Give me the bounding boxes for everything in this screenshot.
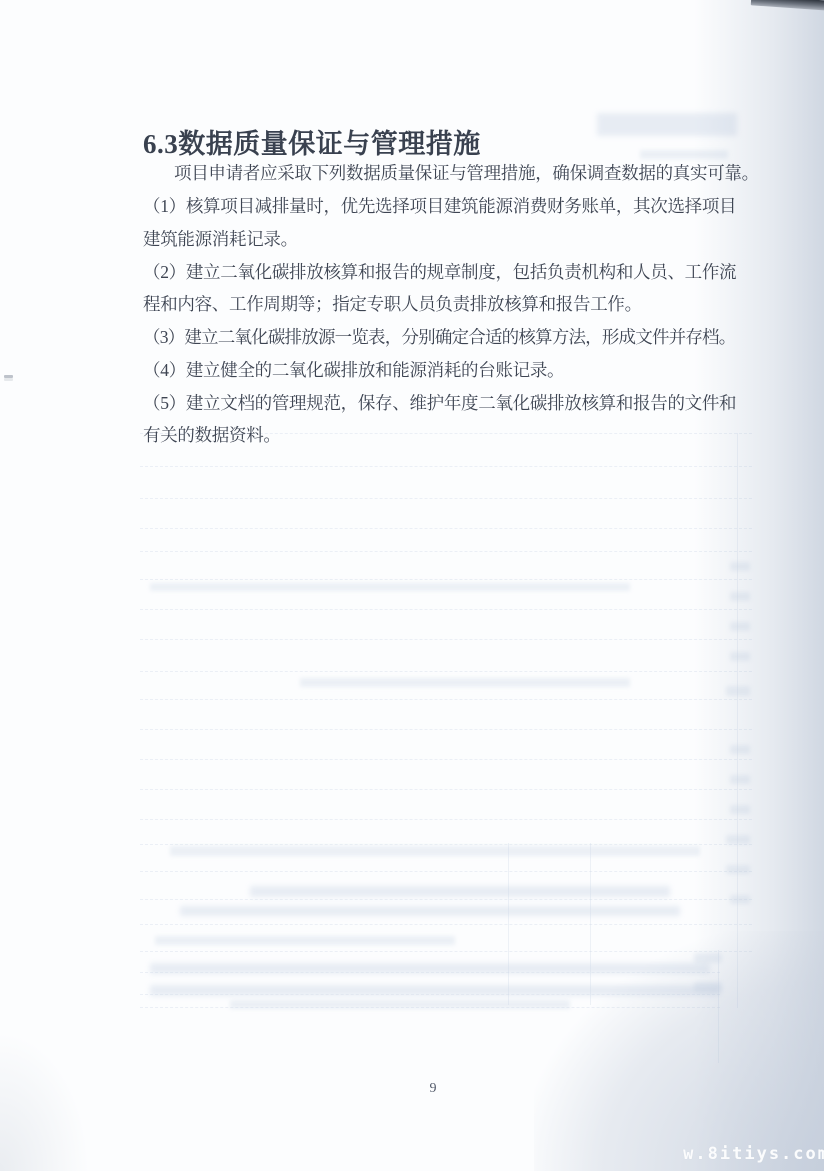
- ghost-blob: [250, 886, 670, 897]
- scan-bottom-right-tint: [534, 931, 824, 1171]
- ghost-blob: [230, 1000, 570, 1009]
- ghost-line: [140, 899, 752, 900]
- ghost-line: [508, 843, 509, 1005]
- ghost-line: [140, 551, 752, 552]
- ghost-line: [140, 844, 752, 845]
- body-line: （2）建立二氧化碳排放核算和报告的规章制度，包括负责机构和人员、工作流: [143, 259, 736, 283]
- ghost-blob: [180, 906, 680, 916]
- ghost-line: [140, 699, 752, 700]
- scanned-document-page: 6.3数据质量保证与管理措施 项目申请者应采取下列数据质量保证与管理措施，确保调…: [0, 0, 824, 1171]
- ghost-blob: [300, 678, 630, 687]
- ghost-line: [140, 466, 752, 467]
- ghost-line: [140, 759, 752, 760]
- ghost-line: [140, 609, 752, 610]
- ghost-line: [140, 789, 752, 790]
- scan-bottom-left-smudge: [0, 1031, 90, 1171]
- left-margin-mark: [4, 375, 13, 378]
- ghost-line: [140, 671, 752, 672]
- watermark: w.8itiys.com: [683, 1144, 824, 1164]
- body-line: （5）建立文档的管理规范，保存、维护年度二氧化碳排放核算和报告的文件和: [143, 390, 736, 414]
- ghost-line: [140, 498, 752, 499]
- ghost-blob: [155, 936, 455, 945]
- body-line: 建筑能源消耗记录。: [143, 226, 298, 250]
- ghost-blob: [170, 846, 700, 856]
- section-heading: 6.3数据质量保证与管理措施: [143, 122, 481, 161]
- page-number: 9: [408, 1081, 458, 1097]
- ghost-line: [140, 528, 752, 529]
- body-line: 有关的数据资料。: [143, 422, 281, 446]
- body-line: （3）建立二氧化碳排放源一览表，分别确定合适的核算方法，形成文件并存档。: [143, 324, 735, 348]
- ghost-line: [140, 729, 752, 730]
- body-line: 项目申请者应采取下列数据质量保证与管理措施，确保调查数据的真实可靠。: [174, 160, 759, 184]
- body-line: 程和内容、工作周期等；指定专职人员负责排放核算和报告工作。: [143, 291, 642, 315]
- ghost-line: [140, 924, 752, 925]
- ghost-line: [140, 819, 752, 820]
- body-line: （1）核算项目减排量时，优先选择项目建筑能源消费财务账单，其次选择项目: [143, 193, 736, 217]
- ghost-line: [140, 871, 752, 872]
- ghost-line: [140, 639, 752, 640]
- body-line: （4）建立健全的二氧化碳排放和能源消耗的台账记录。: [143, 357, 564, 381]
- ghost-blob: [150, 583, 630, 591]
- ghost-line: [140, 579, 752, 580]
